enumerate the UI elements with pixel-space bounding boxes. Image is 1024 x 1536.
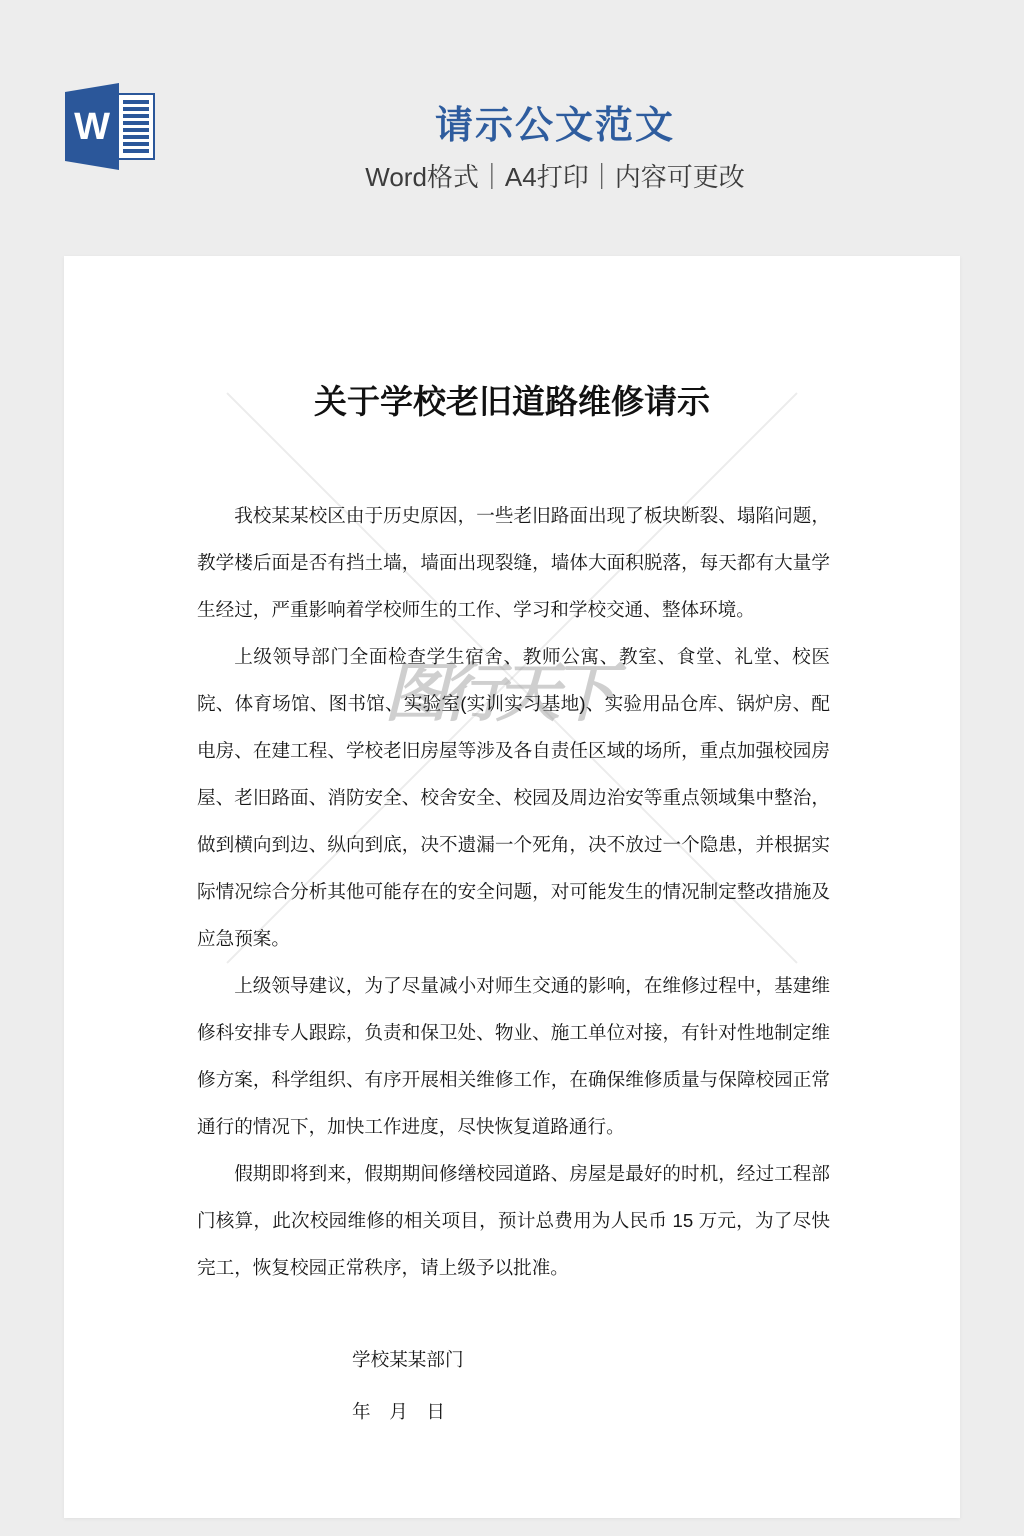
paragraph: 上级领导建议，为了尽量减小对师生交通的影响，在维修过程中，基建维修科安排专人跟踪… bbox=[197, 962, 830, 1150]
paragraph: 上级领导部门全面检查学生宿舍、教师公寓、教室、食堂、礼堂、校医院、体育场馆、图书… bbox=[197, 633, 830, 962]
doc-line bbox=[123, 114, 149, 118]
doc-line bbox=[123, 128, 149, 132]
doc-line bbox=[123, 135, 149, 139]
doc-line bbox=[123, 142, 149, 146]
signature-block: 学校某某部门 年 月 日 bbox=[64, 1334, 960, 1438]
signature-org: 学校某某部门 bbox=[352, 1334, 960, 1386]
doc-line bbox=[123, 149, 149, 153]
paragraph: 假期即将到来，假期期间修缮校园道路、房屋是最好的时机，经过工程部门核算，此次校园… bbox=[197, 1150, 830, 1291]
template-subtitle: Word格式｜A4打印｜内容可更改 bbox=[0, 157, 1024, 194]
document-title: 关于学校老旧道路维修请示 bbox=[64, 256, 960, 422]
template-header: W 请示公文范文 Word格式｜A4打印｜内容可更改 bbox=[0, 0, 1024, 256]
word-w-panel: W bbox=[65, 83, 119, 170]
paragraph: 我校某某校区由于历史原因，一些老旧路面出现了板块断裂、塌陷问题，教学楼后面是否有… bbox=[197, 492, 830, 633]
word-document-page-icon bbox=[117, 93, 155, 160]
signature-date: 年 月 日 bbox=[352, 1386, 960, 1438]
document-page: 图行天下 关于学校老旧道路维修请示 我校某某校区由于历史原因，一些老旧路面出现了… bbox=[64, 256, 960, 1518]
word-letter: W bbox=[74, 108, 110, 146]
document-body: 我校某某校区由于历史原因，一些老旧路面出现了板块断裂、塌陷问题，教学楼后面是否有… bbox=[197, 492, 830, 1291]
doc-line bbox=[123, 121, 149, 125]
doc-line bbox=[123, 100, 149, 104]
doc-line bbox=[123, 107, 149, 111]
